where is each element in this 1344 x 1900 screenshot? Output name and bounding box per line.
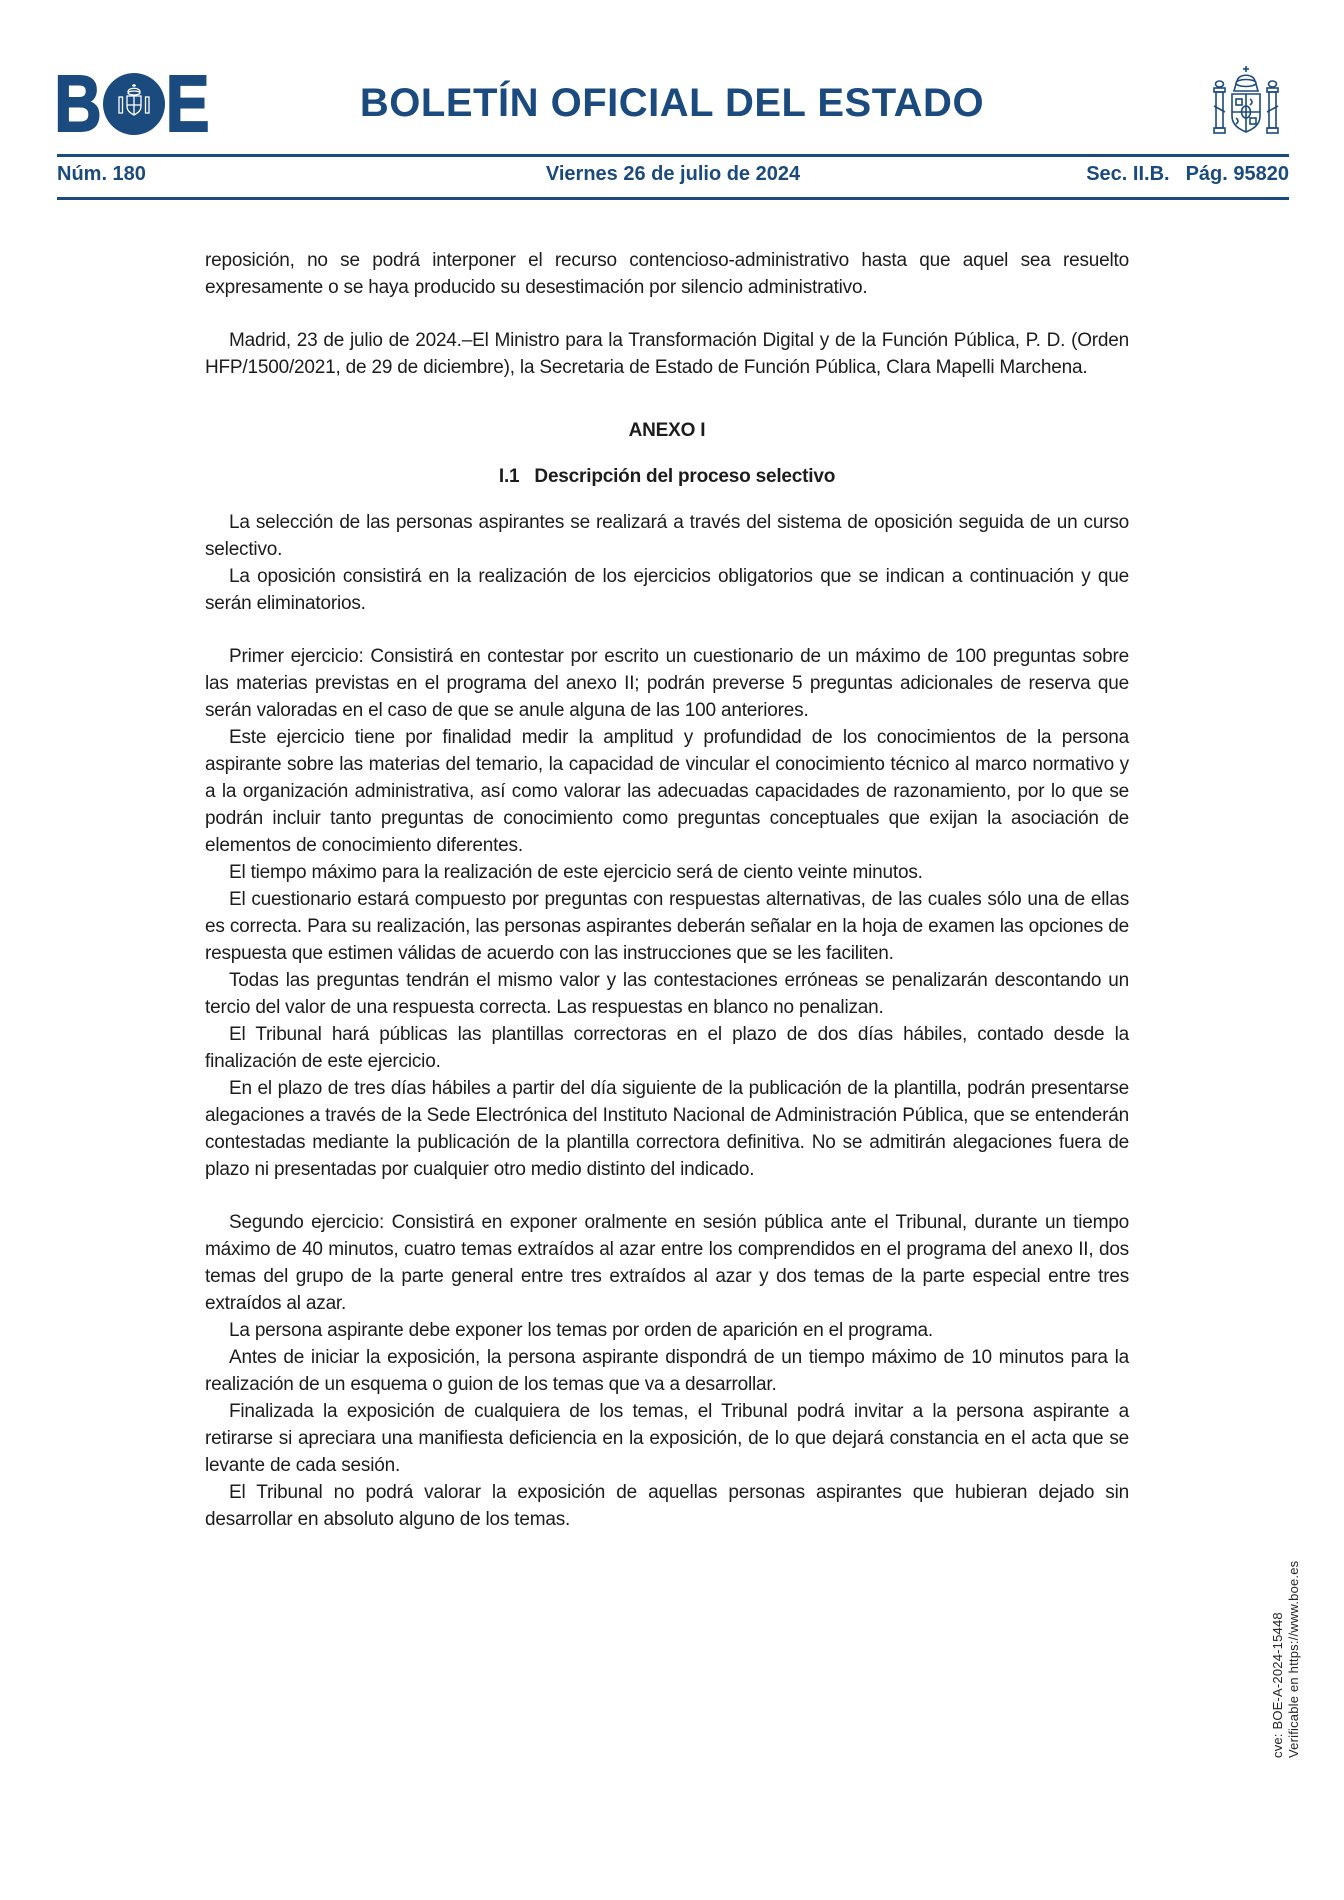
body-paragraph: El Tribunal hará públicas las plantillas… (205, 1021, 1129, 1075)
body-paragraph: Este ejercicio tiene por finalidad medir… (205, 724, 1129, 859)
body-paragraph: La persona aspirante debe exponer los te… (205, 1317, 1129, 1344)
body-paragraph: Todas las preguntas tendrán el mismo val… (205, 967, 1129, 1021)
header-rule-top (57, 154, 1289, 157)
cve-vertical-text: cve: BOE-A-2024-15448 Verificable en htt… (1270, 1561, 1302, 1758)
section-number: I.1 (499, 466, 520, 487)
boe-page: B E BOLETÍN O (0, 0, 1344, 1900)
body-paragraph: Primer ejercicio: Consistirá en contesta… (205, 643, 1129, 724)
body-paragraph: En el plazo de tres días hábiles a parti… (205, 1075, 1129, 1183)
annex-heading: ANEXO I (205, 417, 1129, 444)
body-paragraph: Madrid, 23 de julio de 2024.–El Ministro… (205, 327, 1129, 381)
document-body: reposición, no se podrá interponer el re… (205, 247, 1129, 1533)
body-paragraph: Finalizada la exposición de cualquiera d… (205, 1398, 1129, 1479)
verification-url: Verificable en https://www.boe.es (1286, 1561, 1302, 1758)
body-paragraph: reposición, no se podrá interponer el re… (205, 247, 1129, 301)
body-paragraph: El Tribunal no podrá valorar la exposici… (205, 1479, 1129, 1533)
section-label: Sec. II.B. (1086, 163, 1169, 185)
section-page: Sec. II.B.Pág. 95820 (1086, 163, 1289, 186)
page-title: BOLETÍN OFICIAL DEL ESTADO (0, 82, 1344, 124)
header-info-row: Núm. 180 Viernes 26 de julio de 2024 Sec… (57, 163, 1289, 191)
header-rule-bottom (57, 197, 1289, 200)
page-number-label: Pág. 95820 (1186, 163, 1289, 185)
spain-coat-of-arms-icon (1212, 62, 1280, 157)
cve-code: cve: BOE-A-2024-15448 (1270, 1561, 1286, 1758)
body-paragraph: Segundo ejercicio: Consistirá en exponer… (205, 1209, 1129, 1317)
body-paragraph: La selección de las personas aspirantes … (205, 509, 1129, 563)
body-paragraph: El cuestionario estará compuesto por pre… (205, 886, 1129, 967)
body-paragraph: El tiempo máximo para la realización de … (205, 859, 1129, 886)
body-paragraph: La oposición consistirá en la realizació… (205, 563, 1129, 617)
section-heading: I.1Descripción del proceso selectivo (205, 463, 1129, 490)
body-paragraph: Antes de iniciar la exposición, la perso… (205, 1344, 1129, 1398)
section-title: Descripción del proceso selectivo (534, 466, 835, 487)
